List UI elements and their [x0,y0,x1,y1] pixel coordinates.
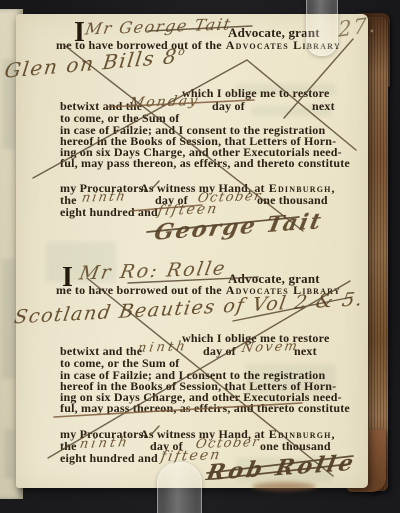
form2-return-day-handwritten: ninth [137,339,189,356]
bottom-page-strap [157,462,202,513]
form2-signature: Rob Rolle [204,450,358,486]
form2-hundred-label: eight hundred and [60,452,158,465]
form2-thousand-label: one thousand [260,440,331,453]
form2-day-of-label: day of [203,345,236,358]
form2-borrower-name-handwritten: Mr Ro: Rolle [78,257,229,284]
form1-borrower-name-handwritten: Mr George Tait [84,14,233,38]
form1-return-day-handwritten: Monday [128,93,200,111]
form1-day-of-label: day of [212,100,245,113]
ink-smudge [252,482,316,491]
form1-hundred-label: eight hundred and [60,206,158,219]
form1-date-day-handwritten: ninth [81,189,128,206]
form1-oblige-line: which I oblige me to restore [182,87,329,100]
form2-next-label: next [294,345,317,358]
form2-borrowed-text: me to have borrowed out of the [56,283,222,297]
form2-date-day-handwritten: ninth [79,435,131,452]
form2-return-month-handwritten: Novem [240,339,300,356]
book-fore-edge [365,17,388,491]
form1-book-format-superscript: o [177,45,187,59]
form1-next-label: next [312,100,335,113]
borrowing-register-page: I Mr George Tait Advocate, grant me to h… [16,14,368,488]
form1-constitute-line: ful, may pass thereon, as effeirs, and t… [60,157,350,170]
form1-thousand-label: one thousand [257,194,328,207]
form2-constitute-line: ful, may pass thereon, as effeirs, and t… [60,402,350,415]
top-page-strap [306,0,338,56]
